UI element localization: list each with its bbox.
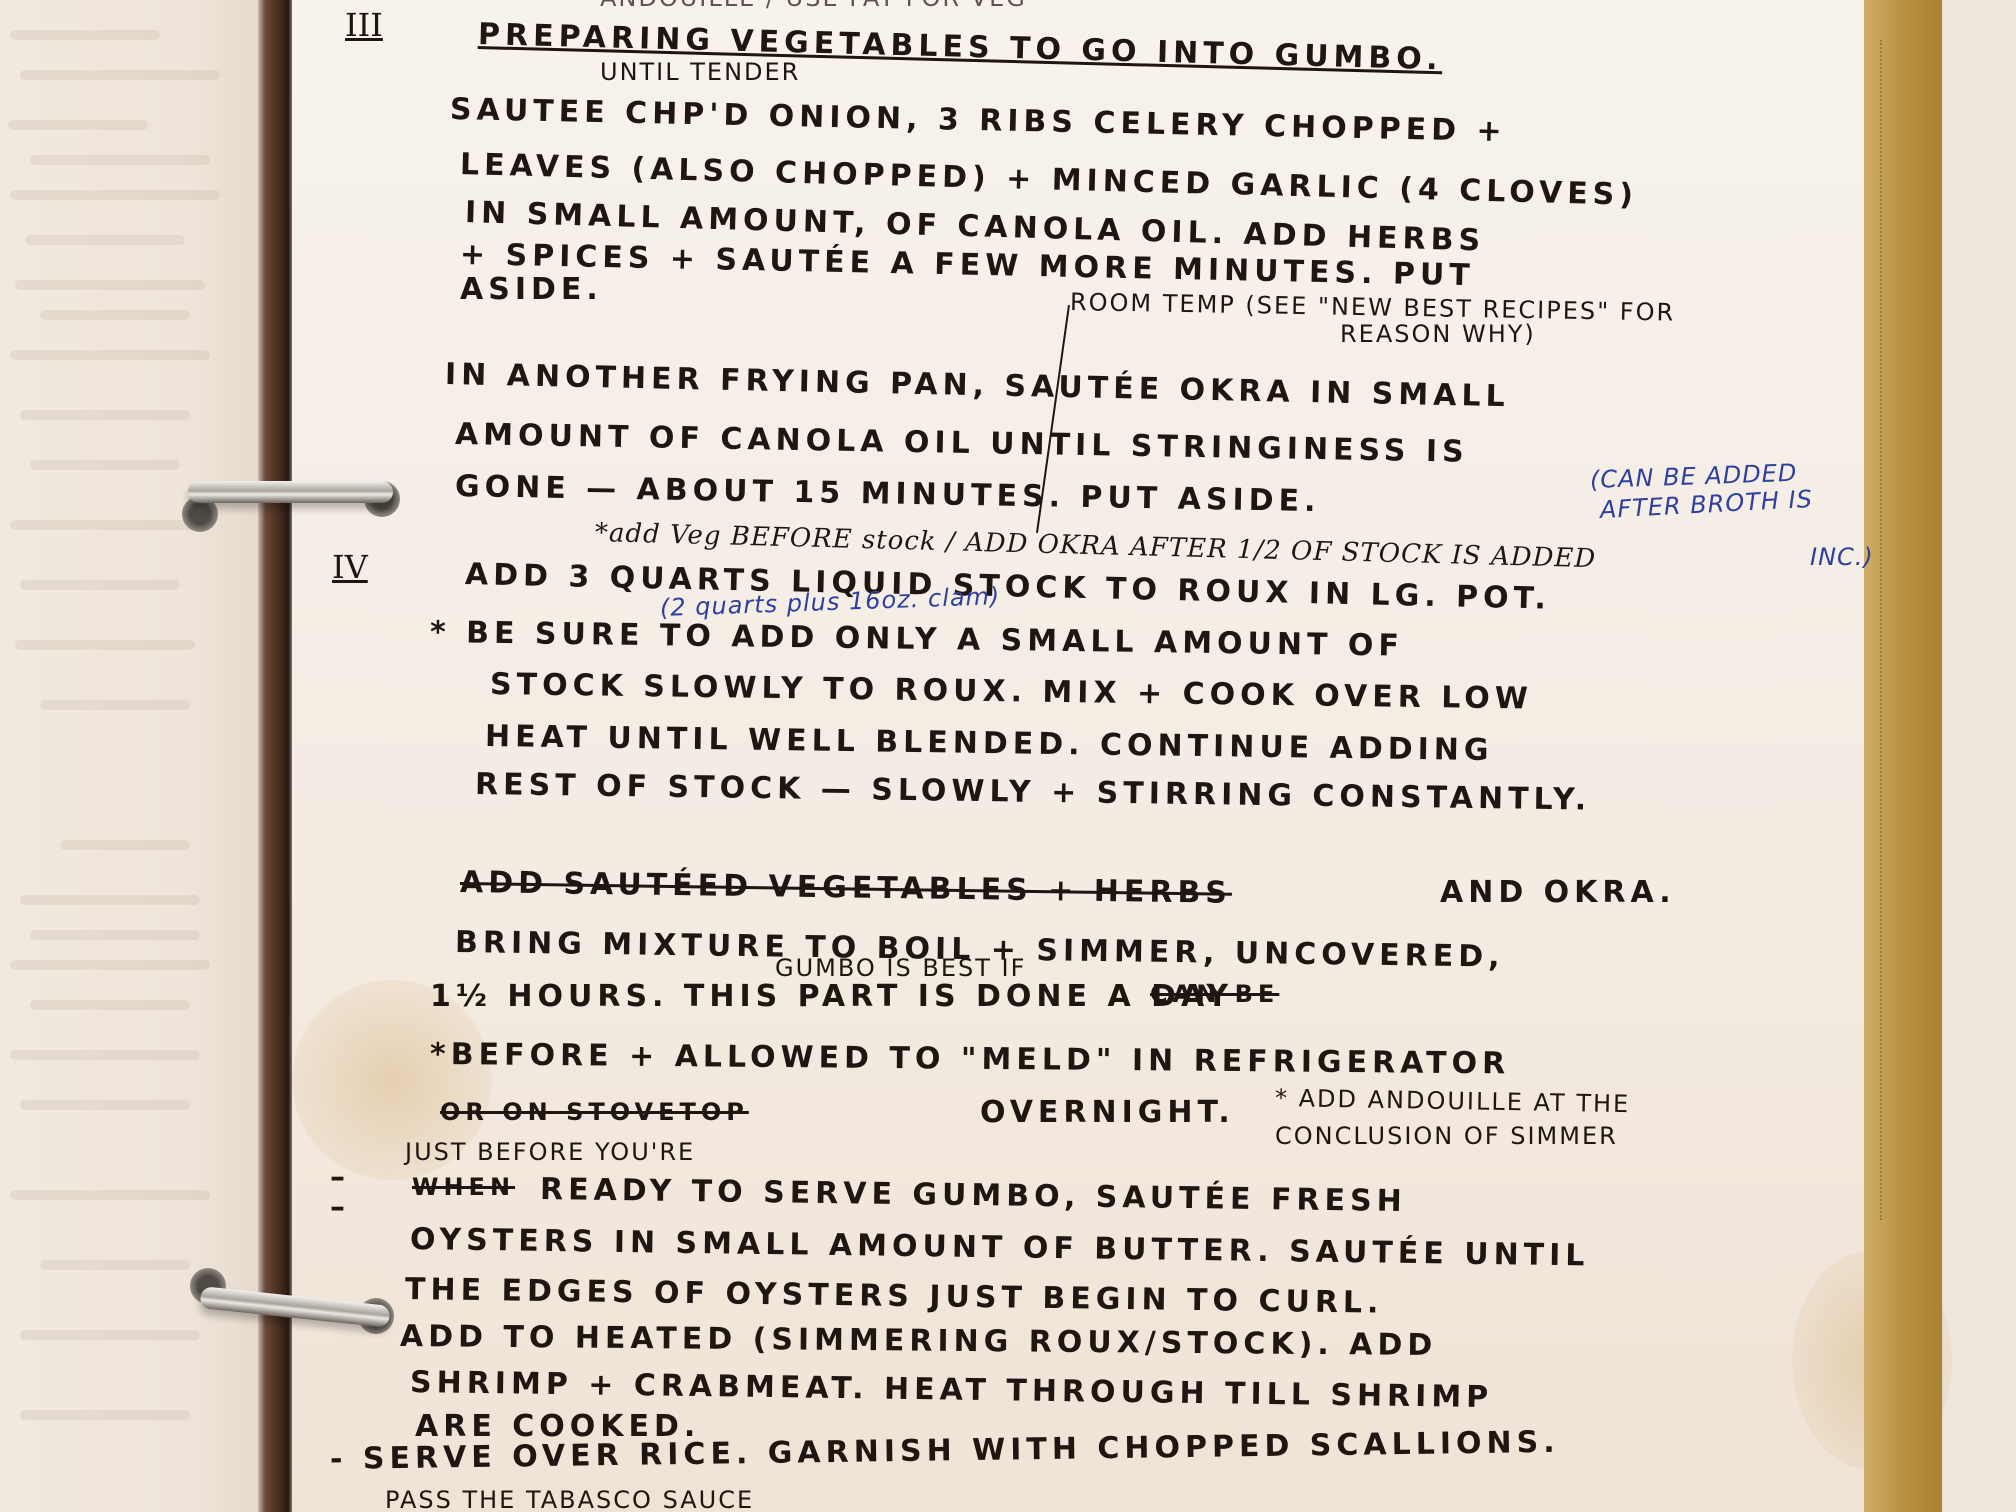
struck-stovetop: OR ON STOVETOP [440, 1100, 749, 1124]
binder-spine [258, 0, 294, 1512]
struck-when: WHEN [412, 1175, 515, 1199]
margin-note: REASON WHY) [1340, 322, 1536, 346]
struck-can-be: CAN BE [1150, 982, 1279, 1006]
andouille-note: * ADD ANDOUILLE AT THE [1275, 1086, 1631, 1116]
andouille-note: CONCLUSION OF SIMMER [1275, 1124, 1618, 1148]
binder-ring-top [188, 481, 393, 503]
section-numeral-iv: IV [332, 548, 368, 586]
text-line: ASIDE. [460, 275, 603, 305]
insert-just-before: JUST BEFORE YOU'RE [405, 1140, 695, 1164]
text-line: 1½ HOURS. THIS PART IS DONE A DAY [430, 982, 1233, 1012]
page-margin-marks [1880, 40, 1886, 1220]
section-numeral-iii: III [345, 6, 383, 44]
insert-gumbo-best: GUMBO IS BEST IF [775, 956, 1026, 980]
bullet-dash: – [330, 1190, 345, 1225]
insert-until-tender: UNTIL TENDER [600, 60, 800, 84]
text-line: ADD TO HEATED (SIMMERING ROUX/STOCK). AD… [400, 1322, 1437, 1361]
text-line: AND OKRA. [1440, 878, 1676, 908]
blue-note: INC.) [1810, 545, 1874, 569]
text-line: PASS THE TABASCO SAUCE [385, 1488, 754, 1512]
text-line: OVERNIGHT. [980, 1098, 1235, 1128]
gold-page-edge [1864, 0, 1942, 1512]
cutoff-top-note: ANDOUILLE / USE FAT FOR VEG [600, 0, 1027, 10]
